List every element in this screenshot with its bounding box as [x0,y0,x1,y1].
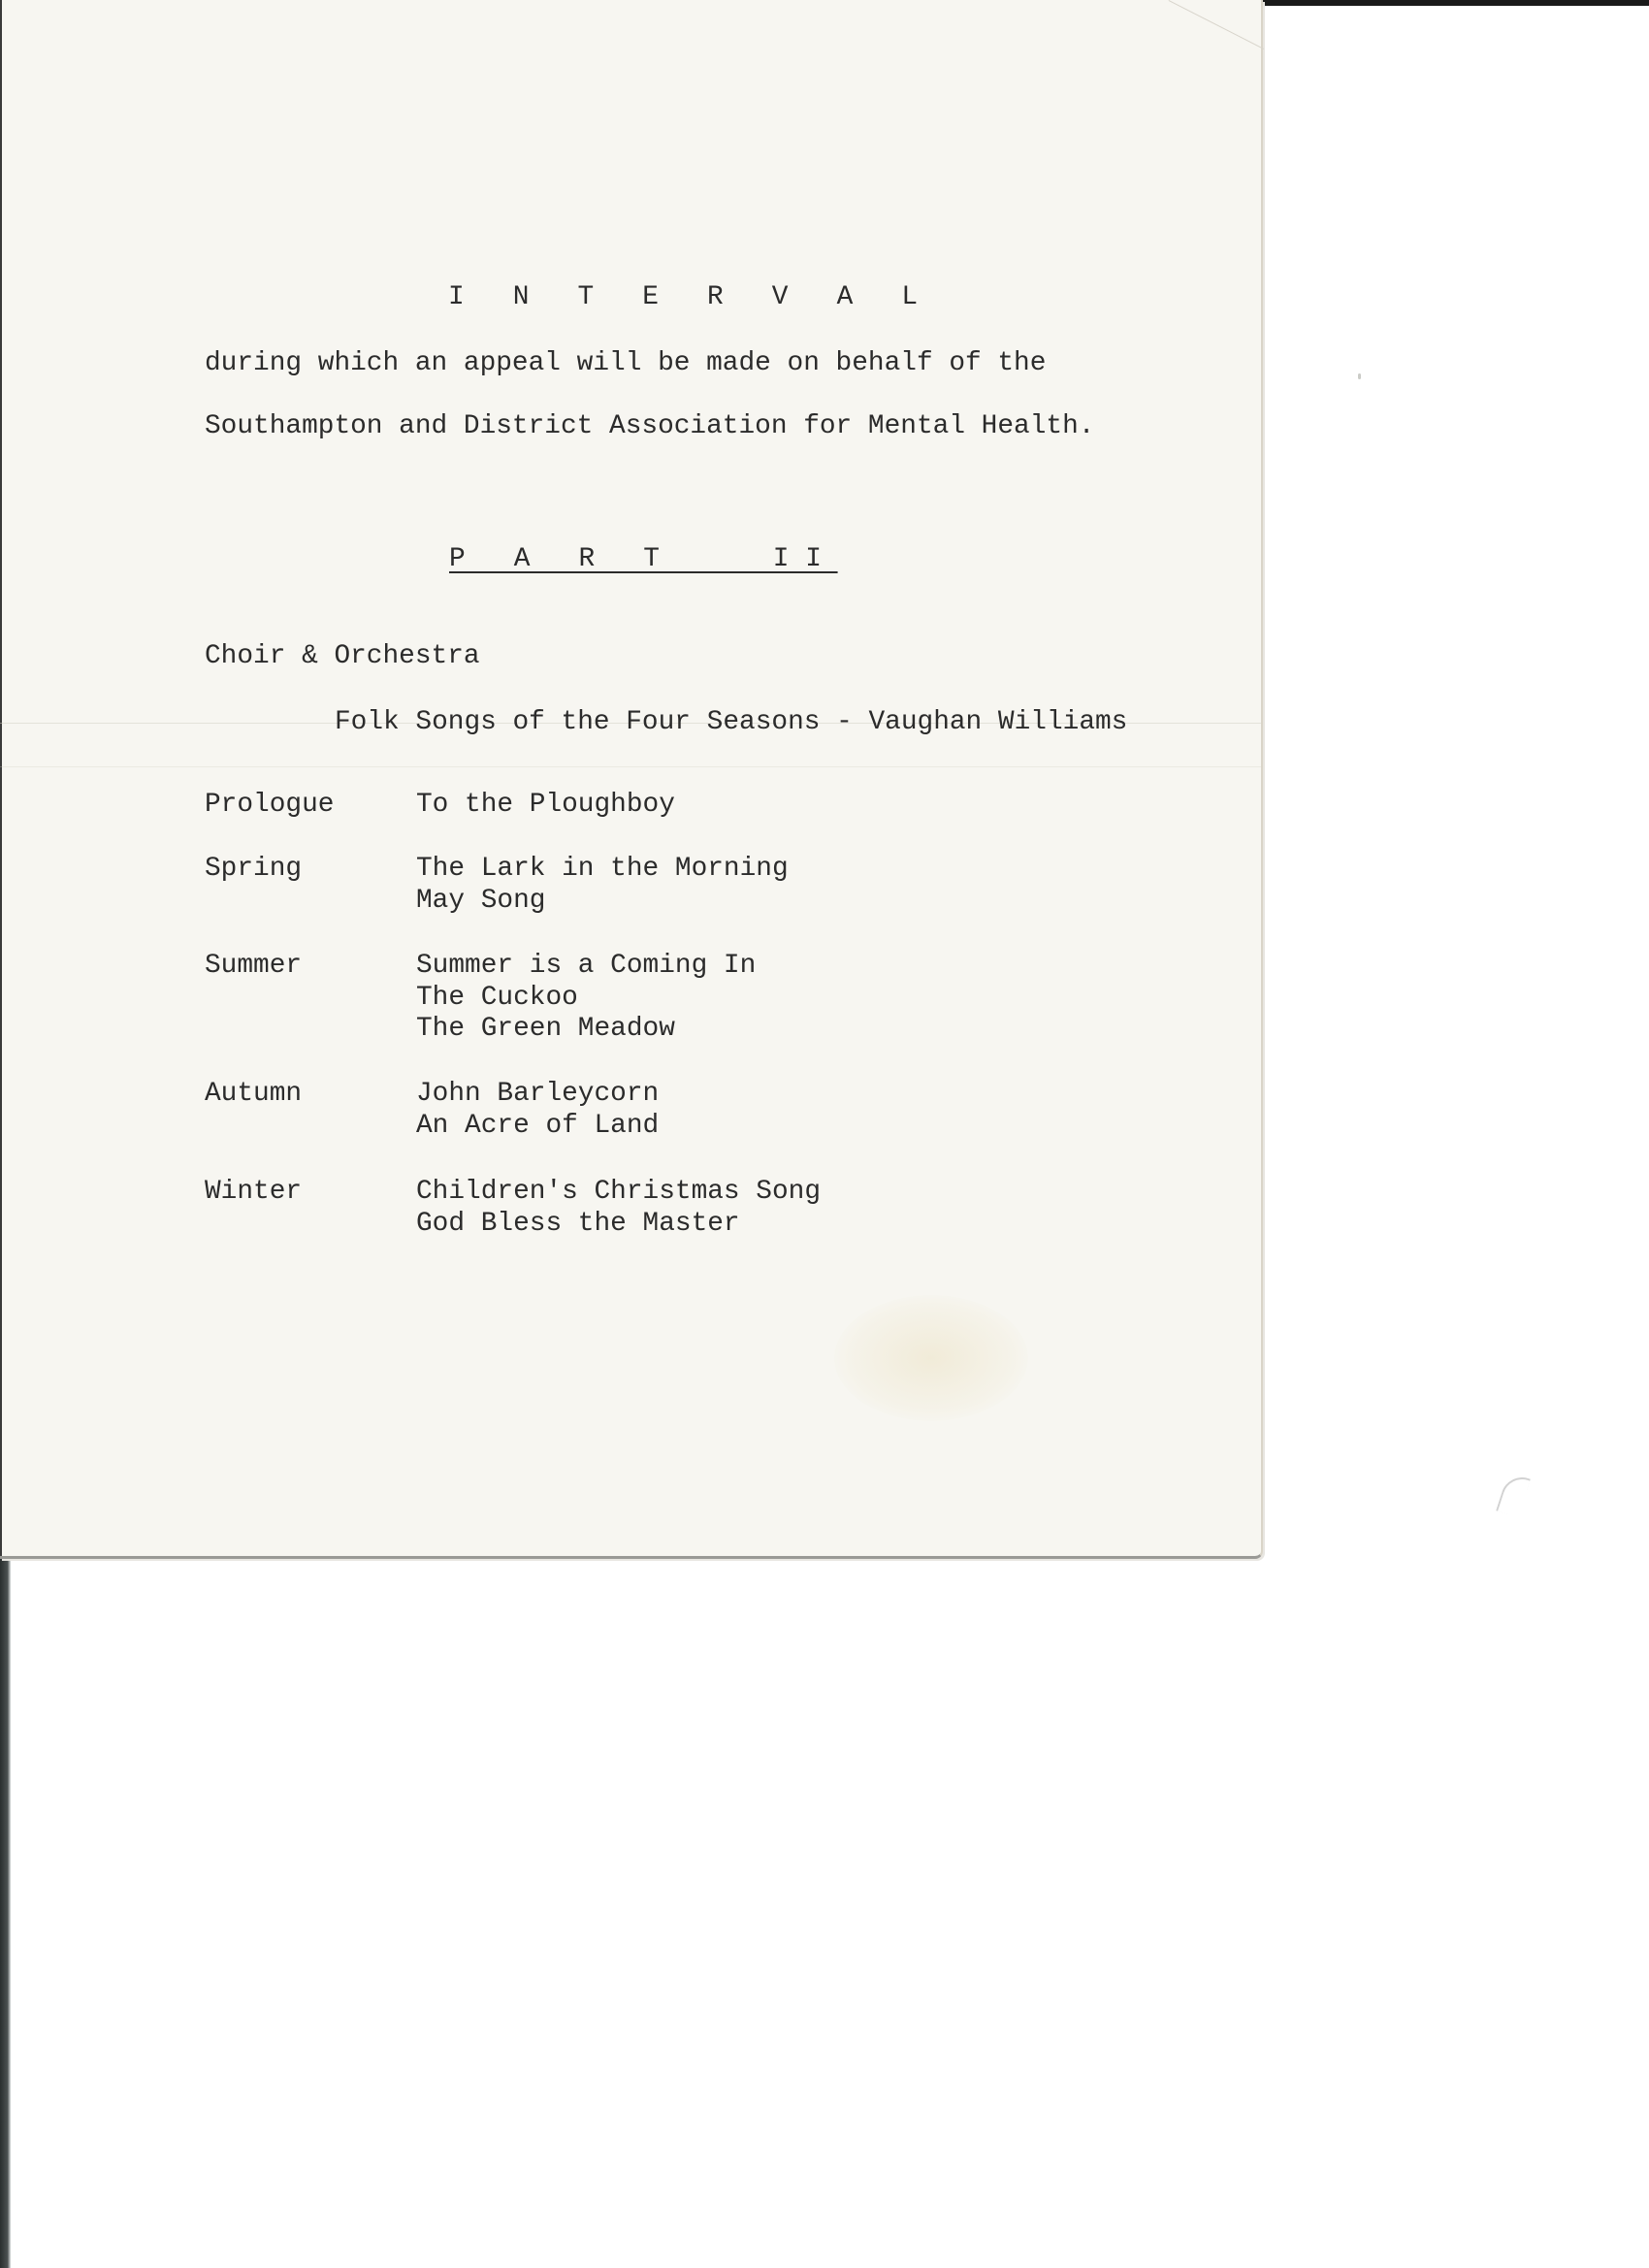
song-title: John Barleycorn [416,1081,659,1108]
work-title: Folk Songs of the Four Seasons - Vaughan… [335,709,1127,736]
season-label: Winter [205,1179,302,1206]
scanner-edge-left [0,1556,11,2268]
appeal-text-line-1: during which an appeal will be made on b… [205,350,1046,377]
paper-crease [0,766,1261,767]
song-title: The Cuckoo [416,985,578,1012]
appeal-text-line-2: Southampton and District Association for… [205,413,1094,440]
part-two-heading-text: P A R T II [449,544,838,574]
dust-speck [1358,373,1361,379]
season-label: Summer [205,953,302,980]
song-title: God Bless the Master [416,1211,740,1238]
interval-heading: I N T E R V A L [448,284,934,311]
scanner-edge-top [1261,0,1649,6]
page-edge [0,0,2,1556]
song-title: Summer is a Coming In [416,953,756,980]
paper-stain [834,1295,1028,1421]
song-title: Children's Christmas Song [416,1179,821,1206]
part-two-heading: P A R T II [449,546,838,573]
song-title: To the Ploughboy [416,792,675,819]
performers-label: Choir & Orchestra [205,643,480,670]
song-title: An Acre of Land [416,1113,659,1140]
corner-fold [1168,0,1264,50]
song-title: May Song [416,888,545,915]
scan-mark [1496,1472,1531,1517]
song-title: The Green Meadow [416,1016,675,1043]
song-title: The Lark in the Morning [416,856,789,883]
season-label: Spring [205,856,302,883]
programme-page: I N T E R V A L during which an appeal w… [0,0,1263,1559]
season-label: Prologue [205,792,334,819]
season-label: Autumn [205,1081,302,1108]
